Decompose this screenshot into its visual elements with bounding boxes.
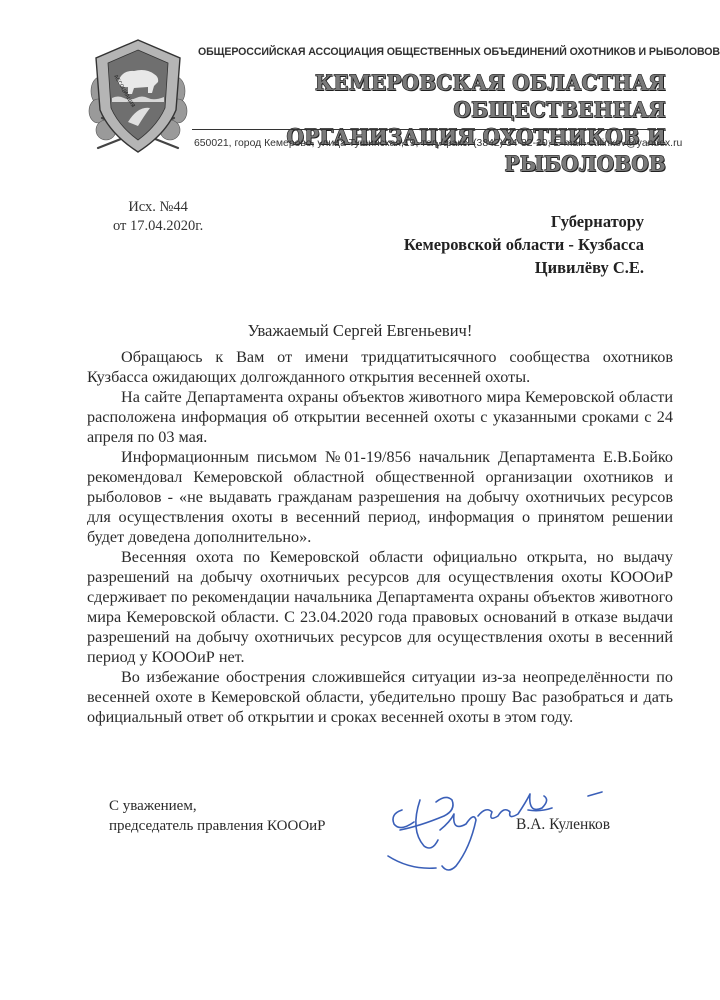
body-paragraph: Весенняя охота по Кемеровской области оф…	[87, 547, 673, 667]
signer-position: председатель правления КОООиР	[109, 816, 326, 836]
body-paragraph: Информационным письмом №01-19/856 началь…	[87, 447, 673, 547]
organization-name-line1: КЕМЕРОВСКАЯ ОБЛАСТНАЯ ОБЩЕСТВЕННАЯ	[238, 70, 666, 124]
association-name: ОБЩЕРОССИЙСКАЯ АССОЦИАЦИЯ ОБЩЕСТВЕННЫХ О…	[198, 46, 668, 58]
reference-date: от 17.04.2020г.	[113, 217, 203, 236]
signer-name: В.А. Куленков	[516, 816, 610, 834]
organization-address: 650021, город Кемерово, улица Тушинская,…	[194, 138, 674, 149]
addressee-title: Губернатору	[404, 210, 644, 233]
addressee-block: Губернатору Кемеровской области - Кузбас…	[404, 210, 644, 279]
body-paragraph: Обращаюсь к Вам от имени тридцатитысячно…	[87, 347, 673, 387]
letter-body: Обращаюсь к Вам от имени тридцатитысячно…	[87, 347, 673, 727]
body-paragraph: На сайте Департамента охраны объектов жи…	[87, 387, 673, 447]
organization-name-line2: ОРГАНИЗАЦИЯ ОХОТНИКОВ И РЫБОЛОВОВ	[238, 124, 666, 178]
letterhead-divider	[192, 129, 664, 130]
addressee-region: Кемеровской области - Кузбасса	[404, 233, 644, 256]
association-emblem-icon: АССОЦИАЦИЯ	[88, 36, 188, 158]
reference-number: Исх. №44	[113, 198, 203, 217]
closing-block: С уважением, председатель правления КООО…	[109, 796, 326, 836]
closing-regards: С уважением,	[109, 796, 326, 816]
body-paragraph: Во избежание обострения сложившейся ситу…	[87, 667, 673, 727]
organization-name: КЕМЕРОВСКАЯ ОБЛАСТНАЯ ОБЩЕСТВЕННАЯ ОРГАН…	[238, 70, 666, 178]
salutation: Уважаемый Сергей Евгеньевич!	[0, 321, 720, 341]
addressee-name: Цивилёву С.Е.	[404, 256, 644, 279]
outgoing-reference: Исх. №44 от 17.04.2020г.	[113, 198, 203, 236]
